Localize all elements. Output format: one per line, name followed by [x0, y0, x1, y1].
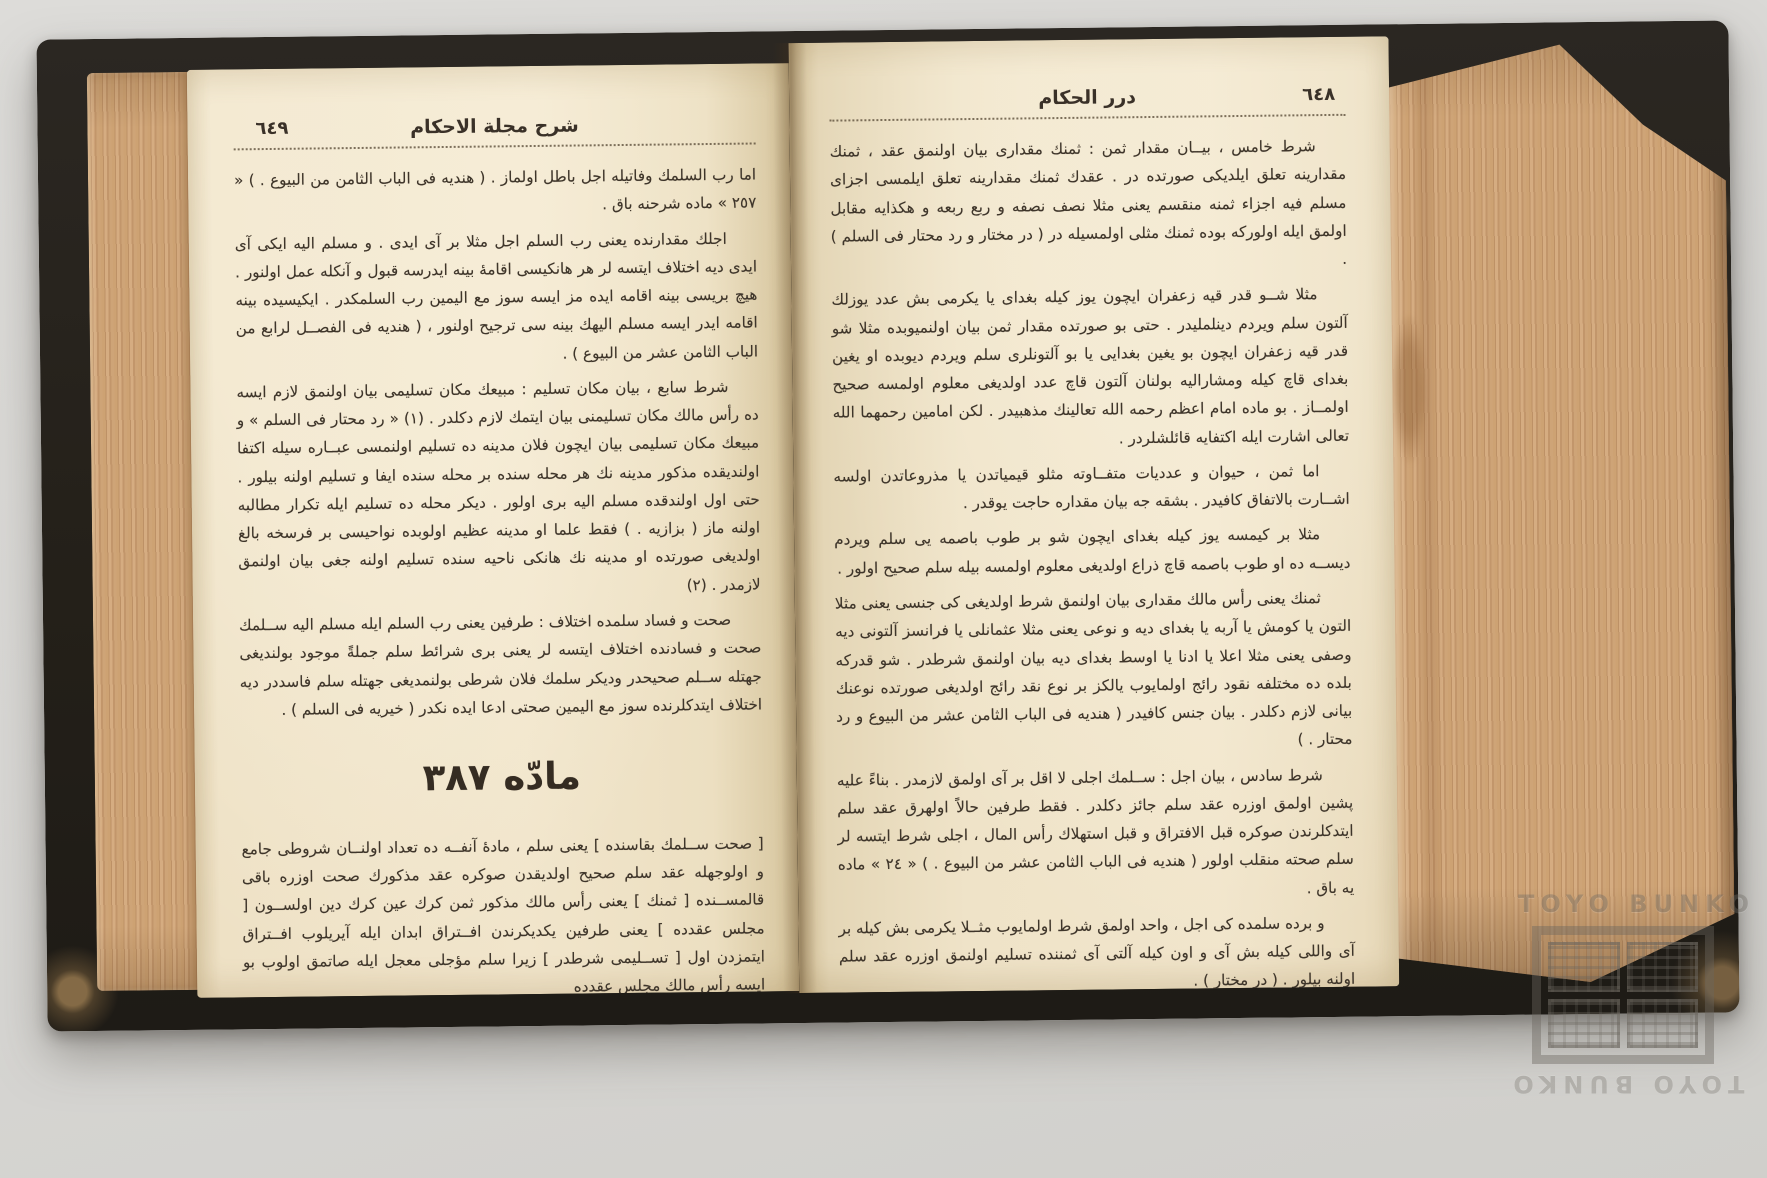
- paragraph: ثمنك يعنى رأس مالك مقدارى بيان اولنمق شر…: [835, 584, 1353, 759]
- right-page-number: ٦٤٨: [1302, 81, 1335, 109]
- paragraph: مثلا بر كيمسه يوز كيله بغداى ايچون شو بر…: [834, 520, 1351, 582]
- paragraph: [ صحت ســلمك بقاسنده ] يعنى سلم ، مادهٔ …: [241, 829, 765, 998]
- left-page-number: ٦٤٩: [255, 115, 288, 143]
- article-heading-387: مادّه ٣٨٧: [240, 740, 763, 815]
- left-page-running-title: شرح مجلة الاحكام: [410, 114, 579, 138]
- left-page-content: ٦٤٩ شرح مجلة الاحكام اما رب السلمك وفاتي…: [187, 63, 799, 998]
- open-book: ٦٤٩ شرح مجلة الاحكام اما رب السلمك وفاتي…: [36, 20, 1739, 1031]
- left-page-header: ٦٤٩ شرح مجلة الاحكام: [233, 109, 755, 143]
- right-page-body: شرط خامس ، بيــان مقدار ثمن : ثمنك مقدار…: [830, 132, 1356, 993]
- right-page-fore-edge: [1380, 28, 1735, 984]
- left-page-fore-edge: [87, 72, 199, 991]
- right-page-content: درر الحكام ٦٤٨ شرط خامس ، بيــان مقدار ث…: [789, 36, 1400, 993]
- paragraph: و برده سلمده كى اجل ، واحد اولمق شرط اول…: [838, 909, 1355, 993]
- paragraph: مثلا شــو قدر قيه زعفران ايچون يوز كيله …: [831, 280, 1349, 455]
- paragraph: شرط خامس ، بيــان مقدار ثمن : ثمنك مقدار…: [830, 132, 1348, 279]
- photo-of-open-book: ٦٤٩ شرح مجلة الاحكام اما رب السلمك وفاتي…: [0, 0, 1767, 1178]
- paragraph: اما ثمن ، حيوان و عدديات متفــاوته مثلو …: [833, 457, 1350, 519]
- right-page-header: درر الحكام ٦٤٨: [829, 81, 1345, 115]
- paragraph: اما رب السلمك وفاتيله اجل باطل اولماز . …: [234, 160, 757, 222]
- right-page: درر الحكام ٦٤٨ شرط خامس ، بيــان مقدار ث…: [789, 36, 1400, 993]
- paragraph: صحت و فساد سلمده اختلاف : طرفين يعنى رب …: [239, 605, 762, 724]
- paragraph: شرط سابع ، بيان مكان تسليم : مبيعك مكان …: [236, 372, 761, 604]
- left-page: ٦٤٩ شرح مجلة الاحكام اما رب السلمك وفاتي…: [187, 63, 799, 998]
- paragraph: شرط سادس ، بيان اجل : ســلمك اجلى لا اقل…: [837, 760, 1355, 907]
- paragraph: اجلك مقدارنده يعنى رب السلم اجل مثلا بر …: [235, 224, 759, 371]
- right-page-running-title: درر الحكام: [1038, 86, 1136, 109]
- left-page-body: اما رب السلمك وفاتيله اجل باطل اولماز . …: [234, 160, 766, 997]
- watermark-text-bottom-flipped: TOYO BUNKO: [1498, 1070, 1744, 1098]
